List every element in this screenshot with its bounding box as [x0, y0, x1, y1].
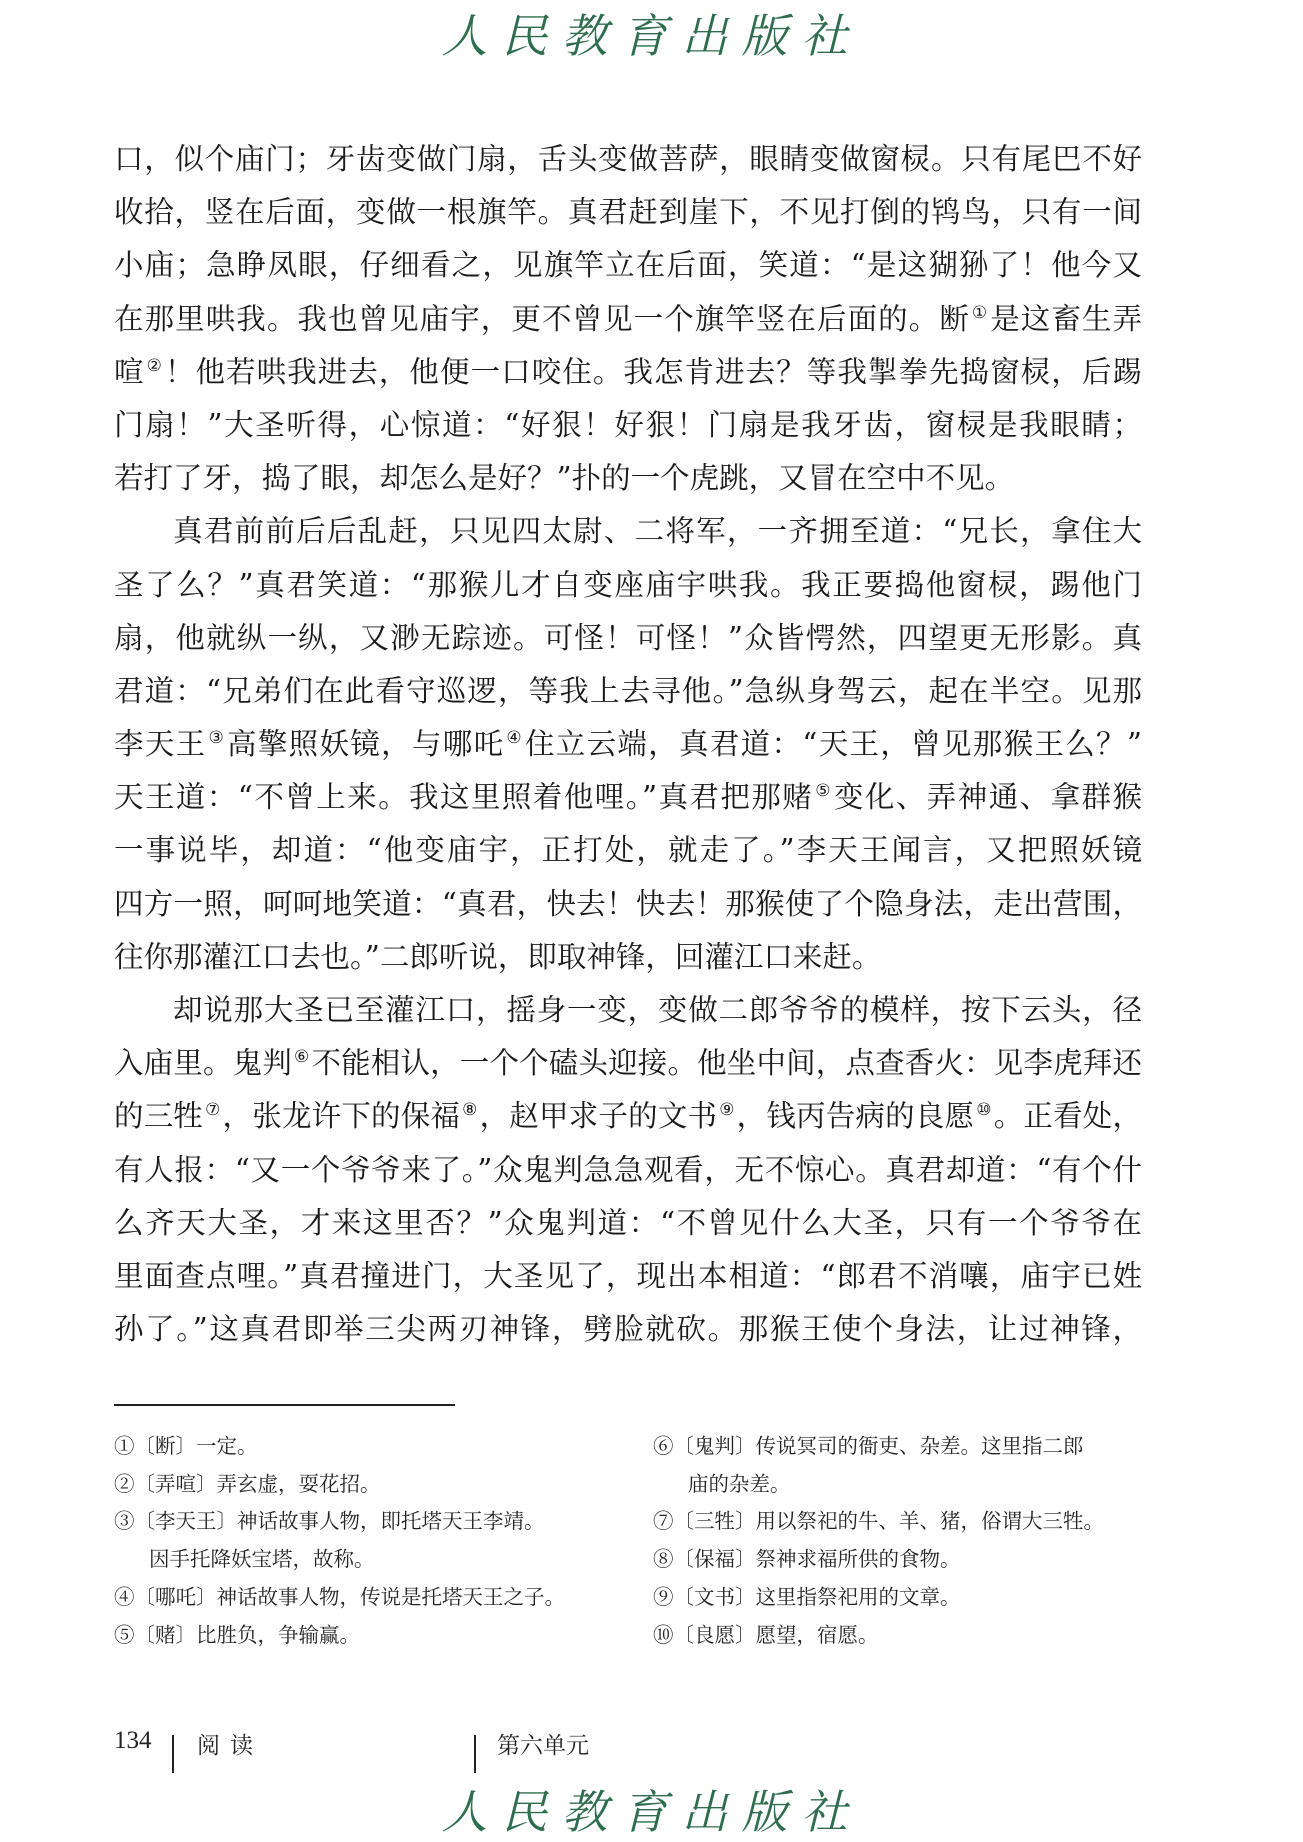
footnote-item: ⑧〔保福〕祭神求福所供的食物。 — [653, 1541, 1153, 1579]
text-run: 是这畜生弄 — [990, 302, 1142, 336]
footnote-item: ⑨〔文书〕这里指祭祀用的文章。 — [653, 1579, 1153, 1617]
text-line: 扇，他就纵一纵，又渺无踪迹。可怪！可怪！”众皆愕然，四望更无形影。真 — [114, 612, 1142, 665]
text-line: 天王道：“不曾上来。我这里照着他哩。”真君把那赌⑤变化、弄神通、拿群猴 — [114, 771, 1142, 824]
text-run: 的三牲 — [114, 1099, 203, 1133]
text-run: 入庙里。鬼判 — [114, 1046, 292, 1080]
main-text: 口，似个庙门；牙齿变做门扇，舌头变做菩萨，眼睛变做窗棂。只有尾巴不好收拾，竖在后… — [114, 133, 1142, 1356]
footnote-number: ⑩ — [653, 1623, 674, 1647]
footnote-number: ⑤ — [114, 1623, 135, 1647]
footnote-text: 比胜负，争输赢。 — [196, 1623, 360, 1647]
footnote-marker: ② — [147, 356, 163, 376]
text-line: 却说那大圣已至灌江口，摇身一变，变做二郎爷爷的模样，按下云头，径 — [114, 984, 1142, 1037]
footnote-marker: ⑥ — [294, 1047, 309, 1067]
footnote-number: ① — [114, 1434, 135, 1458]
text-line: 么齐天大圣，才来这里否？”众鬼判道：“不曾见什么大圣，只有一个爷爷在 — [114, 1197, 1142, 1250]
text-line: 有人报：“又一个爷爷来了。”众鬼判急急观看，无不惊心。真君却道：“有个什 — [114, 1144, 1142, 1197]
text-line: 若打了牙，捣了眼，却怎么是好？”扑的一个虎跳，又冒在空中不见。 — [114, 452, 1142, 505]
footnote-marker: ⑦ — [205, 1100, 220, 1120]
page-number: 134 — [114, 1727, 152, 1755]
text-line: 入庙里。鬼判⑥不能相认，一个个磕头迎接。他坐中间，点查香火：见李虎拜还 — [114, 1037, 1142, 1090]
text-run: ，张龙许下的保福 — [223, 1099, 461, 1133]
footnote-divider — [114, 1404, 455, 1406]
footnote-item: ①〔断〕一定。 — [114, 1428, 634, 1466]
text-run: 变化、弄神通、拿群猴 — [834, 780, 1142, 814]
text-line: 四方一照，呵呵地笑道：“真君，快去！快去！那猴使了个隐身法，走出营围， — [114, 878, 1142, 931]
footnote-marker: ⑧ — [462, 1100, 477, 1120]
text-run: ，赵甲求子的文书 — [480, 1099, 718, 1133]
footer-separator — [172, 1735, 174, 1773]
text-line: 圣了么？”真君笑道：“那猴儿才自变座庙宇哄我。我正要捣他窗棂，踢他门 — [114, 559, 1142, 612]
footnote-number: ④ — [114, 1585, 135, 1609]
footnote-term: 〔李天王〕 — [135, 1509, 238, 1533]
text-run: 天王道：“不曾上来。我这里照着他哩。”真君把那赌 — [114, 780, 813, 814]
footnote-text: 用以祭祀的牛、羊、猪，俗谓大三牲。 — [756, 1509, 1105, 1533]
text-line: 在那里哄我。我也曾见庙宇，更不曾见一个旗竿竖在后面的。断①是这畜生弄 — [114, 293, 1142, 346]
footnote-item: ⑤〔赌〕比胜负，争输赢。 — [114, 1617, 634, 1655]
footnote-text: 神话故事人物，即托塔天王李靖。 — [237, 1509, 545, 1533]
text-line: 君道：“兄弟们在此看守巡逻，等我上去寻他。”急纵身驾云，起在半空。见那 — [114, 665, 1142, 718]
footnote-marker: ⑨ — [719, 1100, 734, 1120]
footnote-marker: ⑩ — [976, 1100, 991, 1120]
footnote-term: 〔赌〕 — [135, 1623, 197, 1647]
footnote-number: ⑧ — [653, 1547, 674, 1571]
text-run: 不能相认，一个个磕头迎接。他坐中间，点查香火：见李虎拜还 — [311, 1046, 1142, 1080]
text-run: ，钱丙告病的良愿 — [737, 1099, 975, 1133]
text-line: 门扇！”大圣听得，心惊道：“好狠！好狠！门扇是我牙齿，窗棂是我眼睛； — [114, 399, 1142, 452]
footnote-text: 祭神求福所供的食物。 — [756, 1547, 961, 1571]
text-run: 在那里哄我。我也曾见庙宇，更不曾见一个旗竿竖在后面的。断 — [114, 302, 970, 336]
publisher-logo-top: 人民教育出版社 — [0, 6, 1303, 66]
footnote-term: 〔保福〕 — [674, 1547, 756, 1571]
footer-separator — [474, 1735, 476, 1773]
footnote-text: 传说冥司的衙吏、杂差。这里指二郎 — [756, 1434, 1084, 1458]
footnotes-left: ①〔断〕一定。②〔弄喧〕弄玄虚，耍花招。③〔李天王〕神话故事人物，即托塔天王李靖… — [114, 1428, 634, 1654]
footnote-marker: ⑤ — [815, 781, 832, 801]
text-run: 喧 — [114, 355, 145, 389]
footnote-term: 〔三牲〕 — [674, 1509, 756, 1533]
section-label: 阅读 — [197, 1727, 263, 1760]
footnote-term: 〔弄喧〕 — [135, 1472, 217, 1496]
text-line: 的三牲⑦，张龙许下的保福⑧，赵甲求子的文书⑨，钱丙告病的良愿⑩。正看处， — [114, 1090, 1142, 1143]
text-line: 口，似个庙门；牙齿变做门扇，舌头变做菩萨，眼睛变做窗棂。只有尾巴不好 — [114, 133, 1142, 186]
text-line: 喧②！他若哄我进去，他便一口咬住。我怎肯进去？等我掣拳先捣窗棂，后踢 — [114, 346, 1142, 399]
footnote-term: 〔良愿〕 — [674, 1623, 756, 1647]
unit-label: 第六单元 — [497, 1727, 589, 1760]
footnote-text: 这里指祭祀用的文章。 — [756, 1585, 961, 1609]
text-run: 高擎照妖镜，与哪吒 — [227, 727, 504, 761]
footnote-text: 愿望，宿愿。 — [756, 1623, 879, 1647]
footnote-marker: ① — [972, 303, 988, 323]
footnote-term: 〔断〕 — [135, 1434, 197, 1458]
text-line: 真君前前后后乱赶，只见四太尉、二将军，一齐拥至道：“兄长，拿住大 — [114, 505, 1142, 558]
footnote-item: ⑩〔良愿〕愿望，宿愿。 — [653, 1617, 1153, 1655]
footnote-number: ② — [114, 1472, 135, 1496]
footnote-item: ④〔哪吒〕神话故事人物，传说是托塔天王之子。 — [114, 1579, 634, 1617]
footnote-number: ⑨ — [653, 1585, 674, 1609]
text-line: 收拾，竖在后面，变做一根旗竿。真君赶到崖下，不见打倒的鸨鸟，只有一间 — [114, 186, 1142, 239]
footnote-item: ⑦〔三牲〕用以祭祀的牛、羊、猪，俗谓大三牲。 — [653, 1503, 1153, 1541]
text-line: 小庙；急睁凤眼，仔细看之，见旗竿立在后面，笑道：“是这猢狲了！他今又 — [114, 239, 1142, 292]
footnote-marker: ③ — [208, 728, 225, 748]
footnote-item: ⑥〔鬼判〕传说冥司的衙吏、杂差。这里指二郎庙的杂差。 — [653, 1428, 1153, 1503]
footnote-text: 神话故事人物，传说是托塔天王之子。 — [217, 1585, 566, 1609]
footnote-number: ⑦ — [653, 1509, 674, 1533]
text-line: 里面查点哩。”真君撞进门，大圣见了，现出本相道：“郎君不消嚷，庙宇已姓 — [114, 1250, 1142, 1303]
footnote-term: 〔鬼判〕 — [674, 1434, 756, 1458]
footnote-term: 〔文书〕 — [674, 1585, 756, 1609]
footnote-continuation: 庙的杂差。 — [653, 1466, 1153, 1504]
text-run: 住立云端，真君道：“天王，曾见那猴王么？” — [525, 727, 1142, 761]
footnote-marker: ④ — [506, 728, 523, 748]
footnote-item: ②〔弄喧〕弄玄虚，耍花招。 — [114, 1466, 634, 1504]
footnote-number: ③ — [114, 1509, 135, 1533]
text-line: 孙了。”这真君即举三尖两刃神锋，劈脸就砍。那猴王使个身法，让过神锋， — [114, 1303, 1142, 1356]
footnote-continuation: 因手托降妖宝塔，故称。 — [114, 1541, 634, 1579]
text-run: 李天王 — [114, 727, 206, 761]
publisher-logo-bottom: 人民教育出版社 — [0, 1782, 1303, 1842]
footnotes-right: ⑥〔鬼判〕传说冥司的衙吏、杂差。这里指二郎庙的杂差。⑦〔三牲〕用以祭祀的牛、羊、… — [653, 1428, 1153, 1654]
footnote-term: 〔哪吒〕 — [135, 1585, 217, 1609]
footnote-text: 弄玄虚，耍花招。 — [217, 1472, 381, 1496]
footnote-number: ⑥ — [653, 1434, 674, 1458]
text-line: 往你那灌江口去也。”二郎听说，即取神锋，回灌江口来赶。 — [114, 931, 1142, 984]
text-line: 一事说毕，却道：“他变庙宇，正打处，就走了。”李天王闻言，又把照妖镜 — [114, 824, 1142, 877]
text-run: ！他若哄我进去，他便一口咬住。我怎肯进去？等我掣拳先捣窗棂，后踢 — [165, 355, 1142, 389]
text-run: 。正看处， — [994, 1099, 1142, 1133]
footnote-text: 一定。 — [196, 1434, 258, 1458]
footnote-item: ③〔李天王〕神话故事人物，即托塔天王李靖。因手托降妖宝塔，故称。 — [114, 1503, 634, 1578]
text-line: 李天王③高擎照妖镜，与哪吒④住立云端，真君道：“天王，曾见那猴王么？” — [114, 718, 1142, 771]
